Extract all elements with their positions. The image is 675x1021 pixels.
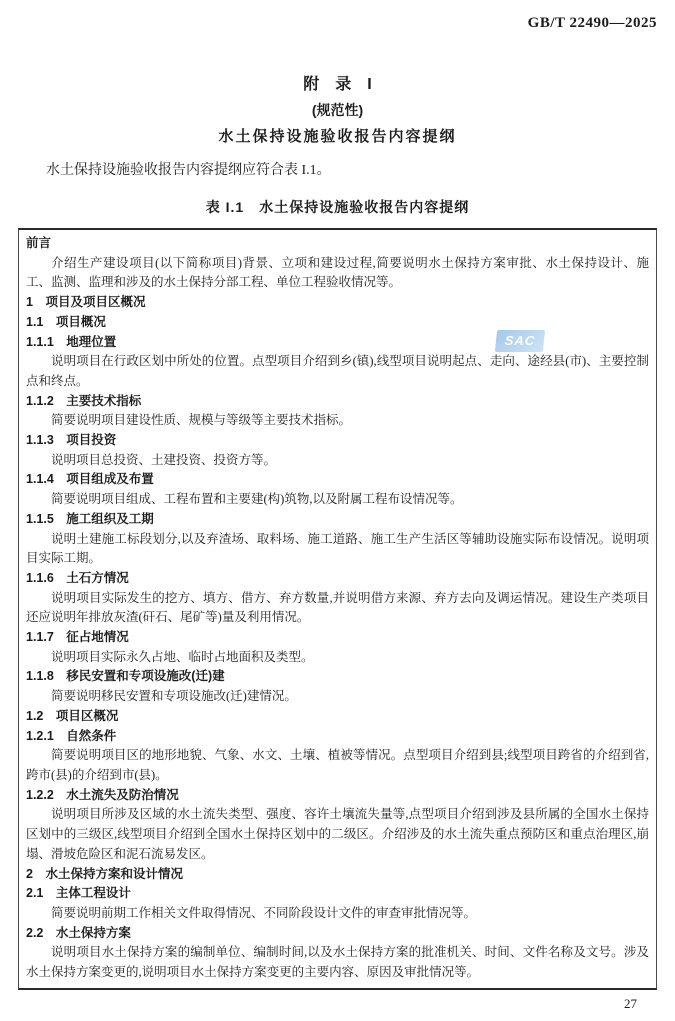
outline-heading: 1.2 项目区概况 <box>26 707 649 727</box>
document-page: GB/T 22490—2025 附 录 I (规范性) 水土保持设施验收报告内容… <box>0 0 675 1021</box>
outline-heading: 1.1.6 土石方情况 <box>26 569 649 589</box>
outline-heading: 1.1.1 地理位置 <box>26 333 649 353</box>
outline-heading: 1.1.5 施工组织及工期 <box>26 510 649 530</box>
outline-paragraph: 简要说明项目建设性质、规模与等级等主要技术指标。 <box>26 411 649 431</box>
appendix-title: 附 录 I <box>18 76 657 93</box>
outline-paragraph: 说明项目在行政区划中所处的位置。点型项目介绍到乡(镇),线型项目说明起点、走向、… <box>26 352 649 391</box>
outline-heading: 1.1.7 征占地情况 <box>26 628 649 648</box>
outline-heading: 前言 <box>26 234 649 254</box>
outline-paragraph: 介绍生产建设项目(以下简称项目)背景、立项和建设过程,简要说明水土保持方案审批、… <box>26 254 649 293</box>
page-number: 27 <box>624 996 637 1011</box>
sac-watermark: SAC <box>495 330 545 352</box>
outline-heading: 1.1 项目概况 <box>26 313 649 333</box>
outline-paragraph: 说明项目所涉及区域的水土流失类型、强度、容许土壤流失量等,点型项目介绍到涉及县所… <box>26 805 649 864</box>
outline-paragraph: 说明项目实际永久占地、临时占地面积及类型。 <box>26 648 649 668</box>
outline-heading: 1.2.1 自然条件 <box>26 727 649 747</box>
outline-heading: 1.1.8 移民安置和专项设施改(迁)建 <box>26 667 649 687</box>
outline-heading: 1.1.3 项目投资 <box>26 431 649 451</box>
appendix-heading: 水土保持设施验收报告内容提纲 <box>18 129 657 144</box>
standard-code: GB/T 22490—2025 <box>18 0 657 32</box>
outline-heading: 1.1.4 项目组成及布置 <box>26 470 649 490</box>
outline-heading: 1.1.2 主要技术指标 <box>26 392 649 412</box>
outline-table: 前言介绍生产建设项目(以下简称项目)背景、立项和建设过程,简要说明水土保持方案审… <box>18 228 657 990</box>
outline-heading: 2 水土保持方案和设计情况 <box>26 865 649 885</box>
outline-heading: 1.2.2 水土流失及防治情况 <box>26 786 649 806</box>
outline-paragraph: 说明项目实际发生的挖方、填方、借方、弃方数量,并说明借方来源、弃方去向及调运情况… <box>26 589 649 628</box>
outline-heading: 1 项目及项目区概况 <box>26 293 649 313</box>
table-caption: 表 I.1 水土保持设施验收报告内容提纲 <box>18 200 657 215</box>
appendix-normative-label: (规范性) <box>18 103 657 118</box>
outline-heading: 2.1 主体工程设计 <box>26 884 649 904</box>
outline-paragraph: 简要说明项目区的地形地貌、气象、水文、土壤、植被等情况。点型项目介绍到县;线型项… <box>26 746 649 785</box>
outline-paragraph: 说明项目水土保持方案的编制单位、编制时间,以及水土保持方案的批准机关、时间、文件… <box>26 943 649 982</box>
outline-paragraph: 说明项目总投资、土建投资、投资方等。 <box>26 451 649 471</box>
outline-paragraph: 说明土建施工标段划分,以及弃渣场、取料场、施工道路、施工生产生活区等辅助设施实际… <box>26 530 649 569</box>
outline-paragraph: 简要说明移民安置和专项设施改(迁)建情况。 <box>26 687 649 707</box>
outline-paragraph: 简要说明项目组成、工程布置和主要建(构)筑物,以及附属工程布设情况等。 <box>26 490 649 510</box>
outline-paragraph: 简要说明前期工作相关文件取得情况、不同阶段设计文件的审查审批情况等。 <box>26 904 649 924</box>
outline-heading: 2.2 水土保持方案 <box>26 924 649 944</box>
intro-paragraph: 水土保持设施验收报告内容提纲应符合表 I.1。 <box>18 163 657 178</box>
